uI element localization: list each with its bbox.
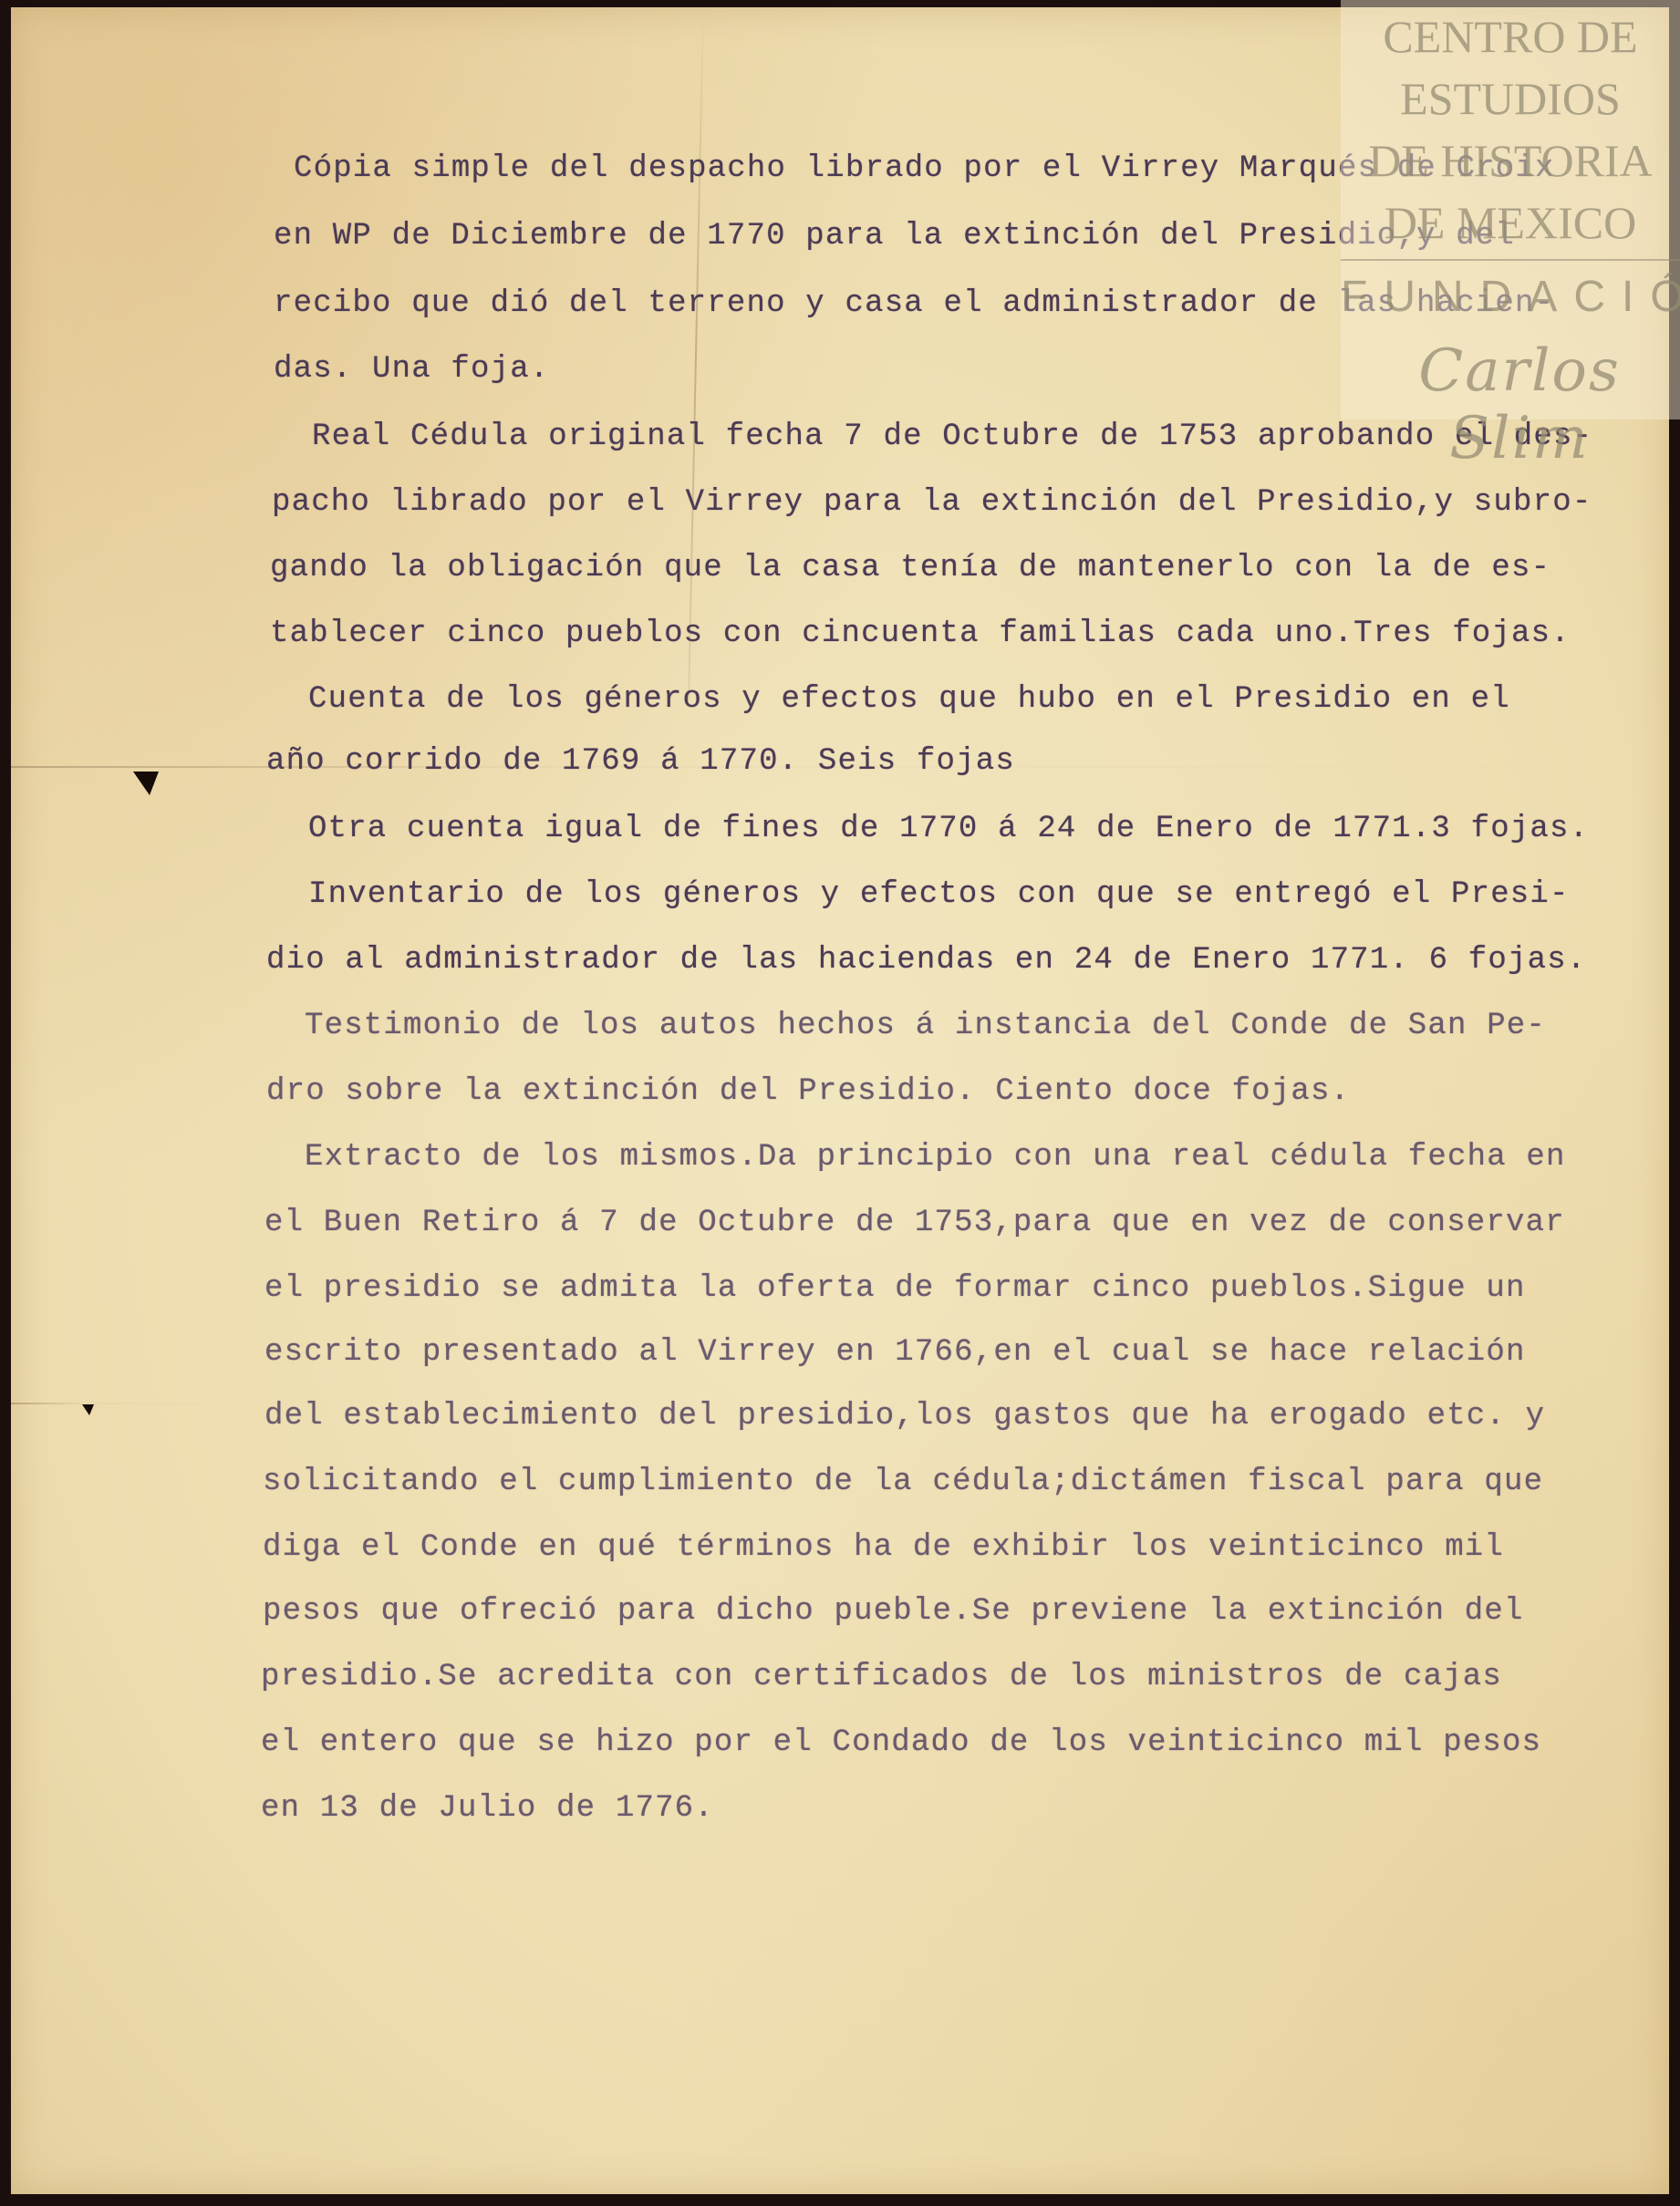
text-line: solicitando el cumplimiento de la cédula…: [263, 1465, 1543, 1499]
text-line: Otra cuenta igual de fines de 1770 á 24 …: [308, 812, 1589, 846]
text-line: escrito presentado al Virrey en 1766,en …: [264, 1335, 1526, 1370]
watermark-line: DE HISTORIA: [1341, 129, 1680, 192]
text-line: diga el Conde en qué términos ha de exhi…: [263, 1530, 1504, 1565]
text-line: en WP de Diciembre de 1770 para la extin…: [274, 219, 1515, 254]
text-line: el presidio se admita la oferta de forma…: [264, 1271, 1526, 1306]
text-line: das. Una foja.: [274, 352, 549, 387]
paper-crease: [11, 1403, 248, 1404]
text-line: el entero que se hizo por el Condado de …: [261, 1725, 1541, 1760]
paper-tear-hole: [133, 772, 159, 795]
watermark-divider: [1341, 259, 1680, 261]
watermark-line: ESTUDIOS: [1341, 67, 1680, 129]
text-line: el Buen Retiro á 7 de Octubre de 1753,pa…: [264, 1206, 1565, 1240]
text-line: tablecer cinco pueblos con cincuenta fam…: [270, 616, 1571, 651]
text-line: gando la obligación que la casa tenía de…: [270, 551, 1550, 585]
text-line: Extracto de los mismos.Da principio con …: [305, 1140, 1566, 1175]
text-line: dro sobre la extinción del Presidio. Cie…: [266, 1074, 1350, 1109]
text-line: en 13 de Julio de 1776.: [261, 1791, 714, 1826]
text-line: pacho librado por el Virrey para la exti…: [272, 485, 1592, 520]
text-line: Testimonio de los autos hechos á instanc…: [305, 1009, 1546, 1043]
foundation-watermark: CENTRO DE ESTUDIOS DE HISTORIA DE MEXICO…: [1341, 0, 1680, 419]
text-line: año corrido de 1769 á 1770. Seis fojas: [266, 744, 1015, 779]
paper-fold-vertical: [688, 7, 704, 700]
text-line: del establecimiento del presidio,los gas…: [264, 1399, 1545, 1434]
watermark-signature: Carlos Slim: [1359, 337, 1680, 472]
text-line: pesos que ofreció para dicho pueble.Se p…: [263, 1594, 1524, 1629]
text-line: dio al administrador de las haciendas en…: [266, 943, 1586, 978]
watermark-line: DE MEXICO: [1341, 192, 1680, 254]
text-line: Cuenta de los géneros y efectos que hubo…: [308, 682, 1510, 717]
text-line: Inventario de los géneros y efectos con …: [308, 877, 1570, 912]
watermark-foundation: FUNDACIÓN: [1341, 272, 1680, 322]
text-line: presidio.Se acredita con certificados de…: [261, 1660, 1502, 1694]
watermark-line: CENTRO DE: [1341, 5, 1680, 67]
paper-tear-hole: [82, 1404, 94, 1415]
